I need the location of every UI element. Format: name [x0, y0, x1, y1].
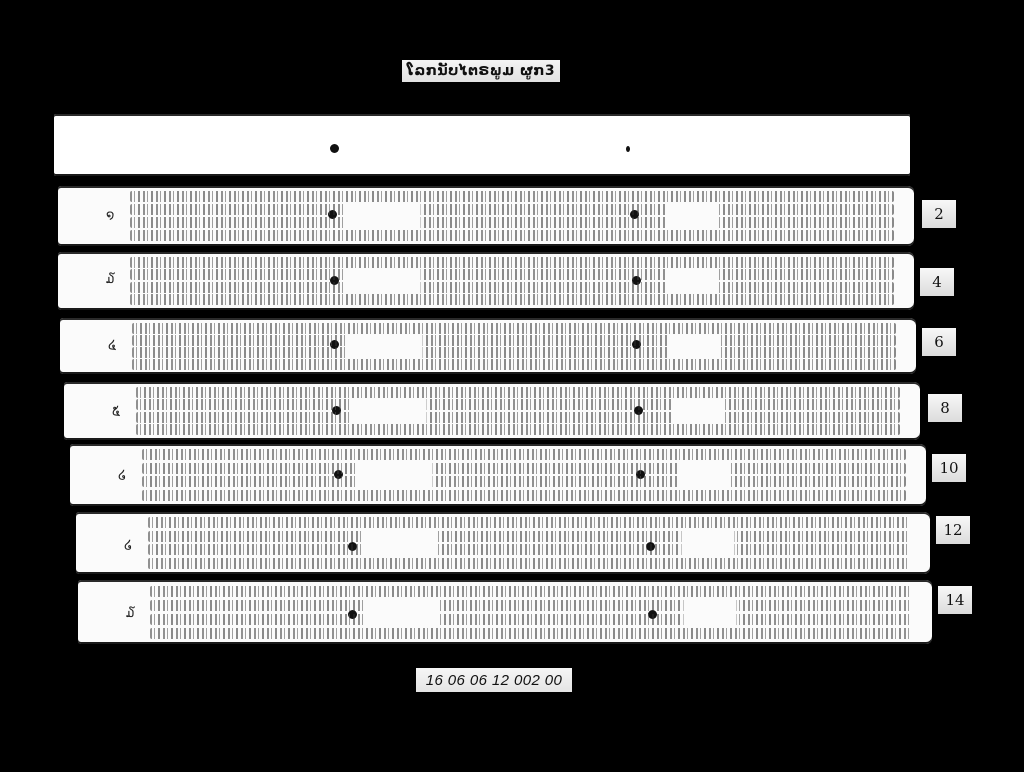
leaf-text-lines: [130, 190, 894, 242]
palm-leaf: ໒: [76, 512, 930, 574]
text-line: [148, 544, 910, 555]
page-number: 8: [928, 394, 962, 422]
text-line: [130, 269, 894, 280]
text-line: [130, 282, 894, 293]
text-line: [130, 217, 894, 228]
text-line: [150, 586, 912, 597]
text-line: [130, 230, 894, 241]
page-number: 12: [936, 516, 970, 544]
text-line: [148, 531, 910, 542]
text-line: [136, 424, 900, 435]
text-line: [136, 399, 900, 410]
text-line: [132, 359, 896, 370]
palm-leaf: ໕: [64, 382, 920, 440]
palm-leaf: ໒: [70, 444, 926, 506]
text-line: [130, 294, 894, 305]
text-line: [132, 335, 896, 346]
text-line: [148, 517, 910, 528]
text-line: [130, 191, 894, 202]
text-line: [142, 476, 906, 487]
leaf-margin-numeral: ໓: [106, 272, 115, 287]
palm-leaf: ໓: [58, 252, 914, 310]
leaf-margin-numeral: ໔: [108, 338, 116, 353]
text-line: [130, 204, 894, 215]
leaf-text-lines: [150, 584, 912, 640]
leaf-margin-numeral: ໑: [106, 208, 114, 223]
text-line: [142, 490, 906, 501]
leaf-text-lines: [142, 448, 906, 502]
text-line: [132, 347, 896, 358]
leaf-margin-numeral: ໕: [112, 404, 120, 419]
text-line: [148, 558, 910, 569]
manuscript-title-label: ໂລກນັບໄຕຣພູມ ຜູກ3: [402, 60, 560, 82]
leaf-text-lines: [130, 256, 894, 306]
text-line: [130, 257, 894, 268]
palm-leaf: ໓: [78, 580, 932, 644]
palm-leaf: ໔: [60, 318, 916, 374]
text-line: [136, 387, 900, 398]
text-line: [150, 628, 912, 639]
text-line: [150, 600, 912, 611]
cover-leaf: [54, 114, 910, 176]
palm-leaf: ໑: [58, 186, 914, 246]
leaf-text-lines: [148, 516, 910, 570]
leaf-text-lines: [132, 322, 896, 370]
leaf-margin-numeral: ໓: [126, 606, 135, 621]
leaf-margin-numeral: ໒: [124, 538, 132, 553]
text-line: [136, 412, 900, 423]
text-line: [150, 614, 912, 625]
binding-hole: [330, 144, 339, 153]
leaf-margin-numeral: ໒: [118, 468, 126, 483]
page-number: 10: [932, 454, 966, 482]
page-number: 4: [920, 268, 954, 296]
text-line: [142, 449, 906, 460]
text-line: [142, 463, 906, 474]
leaf-text-lines: [136, 386, 900, 436]
catalog-code-label: 16 06 06 12 002 00: [416, 668, 572, 692]
page-number: 14: [938, 586, 972, 614]
text-line: [132, 323, 896, 334]
binding-hole: [626, 146, 630, 152]
page-number: 2: [922, 200, 956, 228]
page-number: 6: [922, 328, 956, 356]
